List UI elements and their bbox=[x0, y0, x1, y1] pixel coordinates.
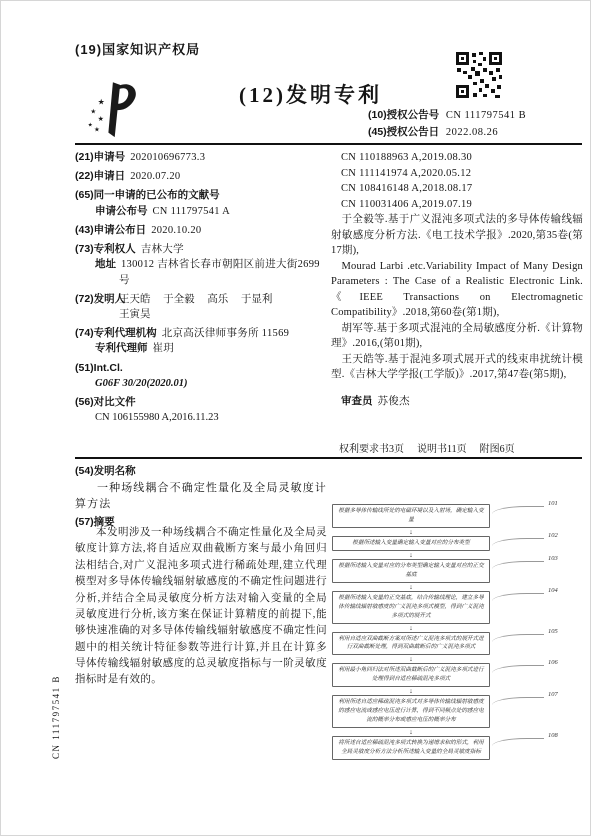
reference-article: 于全毅等.基于广义混沌多项式法的多导体传输线辐射敏感度分析方法.《电工技术学报》… bbox=[331, 212, 583, 259]
reference-item: CN 110188963 A,2019.08.30 bbox=[331, 150, 583, 166]
flow-arrow-icon bbox=[332, 687, 490, 695]
flow-step-tag: 103 bbox=[548, 555, 558, 562]
flow-step-box: 根据所述输入变量对应的分布类型确定输入变量对应的正交基底 bbox=[332, 559, 490, 583]
flow-arrow-icon bbox=[332, 728, 490, 736]
flow-step-tag: 108 bbox=[548, 732, 558, 739]
patentee-label: (73)专利权人 bbox=[75, 243, 136, 255]
application-number-value: 202010696773.3 bbox=[130, 152, 205, 163]
flow-step-box: 利用所述自适应稀疏混沌多项式对多导体传输线辐射敏感度的感应电流或感应电压进行计算… bbox=[332, 695, 490, 728]
abstract-text: 本发明涉及一种场线耦合不确定性量化及全局灵敏度计算方法,将自适应双曲截断方案与最… bbox=[75, 525, 327, 689]
document-type-title: (12)发明专利 bbox=[239, 79, 382, 109]
field-patentee: (73)专利权人吉林大学 地址130012 吉林省长春市朝阳区前进大街2699号 bbox=[75, 242, 327, 288]
flow-step-tag: 102 bbox=[548, 532, 558, 539]
flow-step: 利用所述自适应稀疏混沌多项式对多导体传输线辐射敏感度的感应电流或感应电压进行计算… bbox=[332, 695, 490, 728]
reference-item: CN 110031406 A,2019.07.19 bbox=[331, 197, 583, 213]
examiner-name: 苏俊杰 bbox=[378, 396, 410, 407]
svg-text:★: ★ bbox=[88, 122, 93, 128]
abstract-flowchart: 根据多导体传输线所处的电磁环境以及入射场，确定输入变量 101 根据所述输入变量… bbox=[332, 504, 577, 760]
svg-text:★: ★ bbox=[98, 98, 105, 107]
address-value: 130012 吉林省长春市朝阳区前进大街2699号 bbox=[119, 259, 320, 285]
flow-step-tag: 107 bbox=[548, 691, 558, 698]
reference-item: CN 111141974 A,2020.05.12 bbox=[331, 166, 583, 182]
flow-step: 根据多导体传输线所处的电磁环境以及入射场，确定输入变量 101 bbox=[332, 504, 490, 528]
svg-text:★: ★ bbox=[98, 115, 104, 123]
grant-date-label: (45)授权公告日 bbox=[368, 126, 439, 138]
grant-info-block: (10)授权公告号 CN 111797541 B (45)授权公告日 2022.… bbox=[368, 107, 582, 142]
int-cl-label: (51)Int.Cl. bbox=[75, 361, 327, 376]
flow-step-box: 利用自适应双曲截断方案对所述广义混沌多项式的展开式进行双曲截断处理，得到双曲截断… bbox=[332, 632, 490, 656]
application-number-label: (21)申请号 bbox=[75, 151, 125, 163]
flow-step-box: 将所述自适应稀疏混沌多项式转换为递增求和的形式，利用全局灵敏度分析方法分析所述输… bbox=[332, 736, 490, 760]
examiner-label: 审查员 bbox=[341, 395, 373, 407]
agent-label: 专利代理师 bbox=[95, 342, 148, 354]
flow-step-tag: 101 bbox=[548, 500, 558, 507]
flow-step: 利用自适应双曲截断方案对所述广义混沌多项式的展开式进行双曲截断处理，得到双曲截断… bbox=[332, 632, 490, 656]
inventor-name: 王寅昊 bbox=[119, 307, 151, 322]
flow-step-leader-line bbox=[492, 634, 544, 642]
flow-arrow-icon bbox=[332, 551, 490, 559]
flow-arrow-icon bbox=[332, 624, 490, 632]
reference-article: 王天皓等.基于混沌多项式展开式的线束串扰统计模型.《吉林大学学报(工学版)》.2… bbox=[331, 352, 583, 383]
flow-step-leader-line bbox=[492, 738, 544, 746]
inventors-list: 王天皓 于全毅 高乐 于显利 王寅昊 bbox=[119, 292, 295, 322]
inventors-label: (72)发明人 bbox=[75, 292, 125, 307]
flow-step-box: 根据所述输入变量的正交基底，结合传输线理论，建立多导体传输线辐射敏感度的广义混沌… bbox=[332, 591, 490, 624]
reference-article: Mourad Larbi .etc.Variability Impact of … bbox=[331, 259, 583, 321]
flow-step-box: 根据多导体传输线所处的电磁环境以及入射场，确定输入变量 bbox=[332, 504, 490, 528]
section-divider bbox=[75, 457, 582, 459]
flow-step-box: 根据所述输入变量确定输入变量对应的分布类型 bbox=[332, 536, 490, 551]
invention-title-label: (54)发明名称 bbox=[75, 464, 327, 480]
field-agency: (74)专利代理机构北京高沃律师事务所 11569 专利代理师崔玥 bbox=[75, 326, 327, 356]
grant-number-value: CN 111797541 B bbox=[446, 110, 526, 121]
references-label: (56)对比文件 bbox=[75, 395, 327, 410]
flow-step-tag: 106 bbox=[548, 659, 558, 666]
flow-step-leader-line bbox=[492, 697, 544, 705]
flow-step: 将所述自适应稀疏混沌多项式转换为递增求和的形式，利用全局灵敏度分析方法分析所述输… bbox=[332, 736, 490, 760]
description-pages: 说明书11页 bbox=[417, 444, 467, 455]
issuing-office: (19)国家知识产权局 bbox=[75, 39, 200, 58]
patentee-value: 吉林大学 bbox=[141, 244, 184, 255]
bibliographic-column: (21)申请号202010696773.3 (22)申请日2020.07.20 … bbox=[75, 150, 327, 430]
flow-step: 根据所述输入变量的正交基底，结合传输线理论，建立多导体传输线辐射敏感度的广义混沌… bbox=[332, 591, 490, 624]
grant-date-value: 2022.08.26 bbox=[446, 127, 498, 138]
field-publication-date: (43)申请公布日2020.10.20 bbox=[75, 223, 327, 238]
flow-step: 根据所述输入变量确定输入变量对应的分布类型 102 bbox=[332, 536, 490, 551]
prior-publication-label: (65)同一申请的已公布的文献号 bbox=[75, 188, 327, 203]
flow-step-leader-line bbox=[492, 561, 544, 569]
publication-date-label: (43)申请公布日 bbox=[75, 224, 146, 236]
flow-step: 利用最小角回归法对所述双曲截断后的广义混沌多项式进行处理得到自适应稀疏混沌多项式… bbox=[332, 663, 490, 687]
filing-date-value: 2020.07.20 bbox=[130, 171, 180, 182]
reference-item: CN 108416148 A,2018.08.17 bbox=[331, 181, 583, 197]
flow-arrow-icon bbox=[332, 583, 490, 591]
flow-step-tag: 105 bbox=[548, 628, 558, 635]
field-inventors: (72)发明人 王天皓 于全毅 高乐 于显利 王寅昊 bbox=[75, 292, 327, 322]
header-divider bbox=[75, 143, 582, 145]
flow-step-leader-line bbox=[492, 506, 544, 514]
flow-arrow-icon bbox=[332, 528, 490, 536]
patent-front-page: (19)国家知识产权局 ★ ★ ★ ★ ★ (12)发明专利 bbox=[0, 0, 591, 836]
title-section: (54)发明名称 一种场线耦合不确定性量化及全局灵敏度计算方法 (57)摘要 bbox=[75, 464, 327, 530]
agent-value: 崔玥 bbox=[153, 343, 175, 354]
grant-number-row: (10)授权公告号 CN 111797541 B bbox=[368, 107, 582, 124]
pages-summary: 权利要求书3页说明书11页附图6页 bbox=[339, 440, 528, 455]
flow-step-tag: 104 bbox=[548, 587, 558, 594]
field-filing-date: (22)申请日2020.07.20 bbox=[75, 169, 327, 184]
examiner-row: 审查员苏俊杰 bbox=[331, 394, 583, 410]
flow-step-leader-line bbox=[492, 538, 544, 546]
publication-number-value: CN 111797541 A bbox=[153, 206, 231, 217]
inventor-name: 高乐 bbox=[207, 292, 228, 307]
agent-row: 专利代理师崔玥 bbox=[75, 341, 327, 356]
claims-pages: 权利要求书3页 bbox=[339, 444, 404, 455]
filing-date-label: (22)申请日 bbox=[75, 170, 125, 182]
field-references: (56)对比文件 CN 106155980 A,2016.11.23 bbox=[75, 395, 327, 425]
grant-number-label: (10)授权公告号 bbox=[368, 109, 439, 121]
agency-value: 北京高沃律师事务所 11569 bbox=[162, 328, 290, 339]
grant-date-row: (45)授权公告日 2022.08.26 bbox=[368, 124, 582, 141]
patentee-address-row: 地址130012 吉林省长春市朝阳区前进大街2699号 bbox=[75, 257, 327, 287]
svg-text:★: ★ bbox=[90, 109, 96, 116]
flow-arrow-icon bbox=[332, 655, 490, 663]
invention-title: 一种场线耦合不确定性量化及全局灵敏度计算方法 bbox=[75, 481, 327, 513]
side-publication-code: CN 111797541 B bbox=[51, 675, 61, 759]
agency-label: (74)专利代理机构 bbox=[75, 327, 157, 339]
flow-step: 根据所述输入变量对应的分布类型确定输入变量对应的正交基底 103 bbox=[332, 559, 490, 583]
field-application-number: (21)申请号202010696773.3 bbox=[75, 150, 327, 165]
flow-step-leader-line bbox=[492, 665, 544, 673]
publication-date-value: 2020.10.20 bbox=[151, 225, 201, 236]
int-cl-value: G06F 30/20(2020.01) bbox=[75, 376, 327, 391]
inventor-name: 于全毅 bbox=[163, 292, 195, 307]
figures-pages: 附图6页 bbox=[480, 444, 515, 455]
svg-text:★: ★ bbox=[94, 127, 100, 134]
reference-item: CN 106155980 A,2016.11.23 bbox=[75, 410, 327, 425]
flow-step-box: 利用最小角回归法对所述双曲截断后的广义混沌多项式进行处理得到自适应稀疏混沌多项式 bbox=[332, 663, 490, 687]
publication-number-row: 申请公布号CN 111797541 A bbox=[75, 204, 327, 219]
citations-column: CN 110188963 A,2019.08.30 CN 111141974 A… bbox=[331, 150, 583, 410]
address-label: 地址 bbox=[95, 258, 116, 270]
field-prior-publication: (65)同一申请的已公布的文献号 申请公布号CN 111797541 A bbox=[75, 188, 327, 218]
flow-step-leader-line bbox=[492, 593, 544, 601]
inventor-name: 于显利 bbox=[241, 292, 273, 307]
reference-article: 胡军等.基于多项式混沌的全局敏感度分析.《计算物理》.2016,(第01期), bbox=[331, 321, 583, 352]
qr-code bbox=[455, 51, 503, 104]
cnipa-logo-icon: ★ ★ ★ ★ ★ bbox=[85, 79, 139, 148]
publication-number-label: 申请公布号 bbox=[95, 205, 148, 217]
field-int-cl: (51)Int.Cl. G06F 30/20(2020.01) bbox=[75, 361, 327, 391]
